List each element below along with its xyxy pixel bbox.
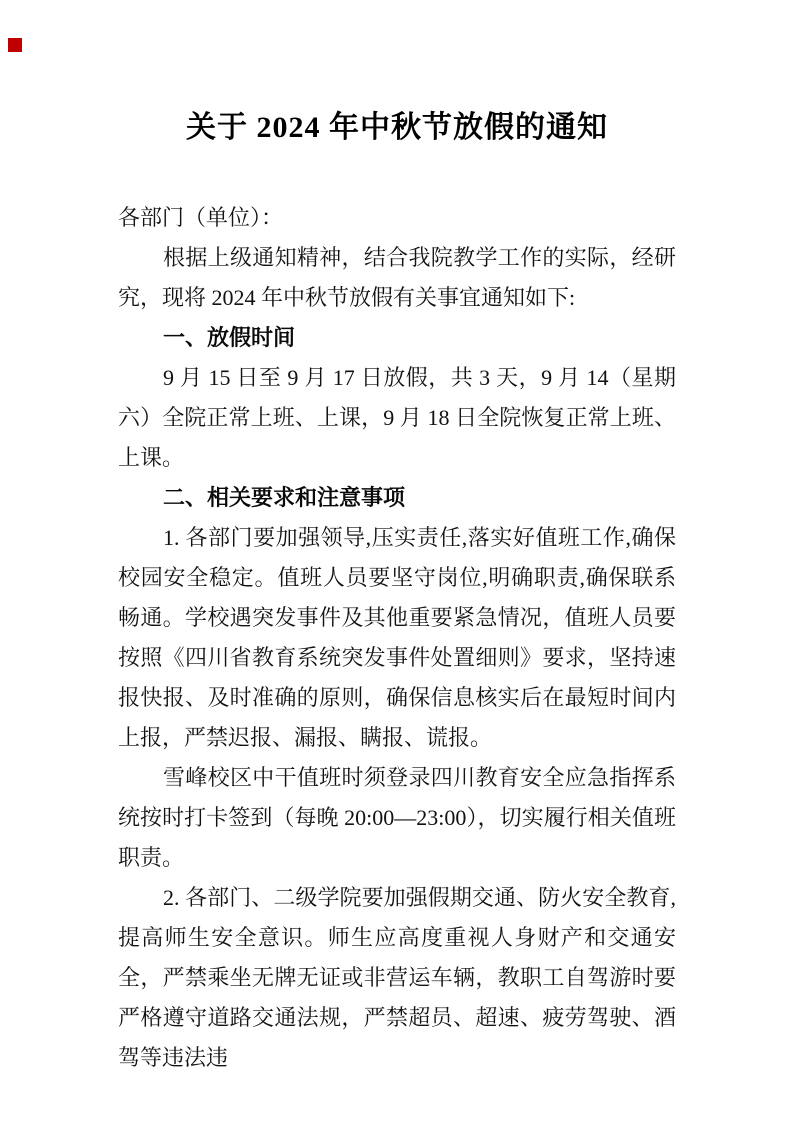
xuefeng-campus-duty-paragraph: 雪峰校区中干值班时须登录四川教育安全应急指挥系统按时打卡签到（每晚 20:00—… (118, 758, 676, 878)
section-heading-holiday-time: 一、放假时间 (118, 318, 676, 358)
requirement-item-1-paragraph: 1. 各部门要加强领导,压实责任,落实好值班工作,确保校园安全稳定。值班人员要坚… (118, 518, 676, 758)
requirement-item-2-paragraph: 2. 各部门、二级学院要加强假期交通、防火安全教育,提高师生安全意识。师生应高度… (118, 878, 676, 1078)
red-corner-mark (8, 38, 22, 52)
document-page: 关于 2024 年中秋节放假的通知 各部门（单位）： 根据上级通知精神，结合我院… (0, 0, 794, 1122)
document-title: 关于 2024 年中秋节放假的通知 (118, 106, 676, 150)
intro-paragraph: 根据上级通知精神，结合我院教学工作的实际，经研究，现将 2024 年中秋节放假有… (118, 238, 676, 318)
document-body: 各部门（单位）： 根据上级通知精神，结合我院教学工作的实际，经研究，现将 202… (118, 198, 676, 1078)
holiday-dates-paragraph: 9 月 15 日至 9 月 17 日放假，共 3 天，9 月 14（星期六）全院… (118, 358, 676, 478)
salutation-line: 各部门（单位）： (118, 198, 676, 238)
section-heading-requirements: 二、相关要求和注意事项 (118, 478, 676, 518)
